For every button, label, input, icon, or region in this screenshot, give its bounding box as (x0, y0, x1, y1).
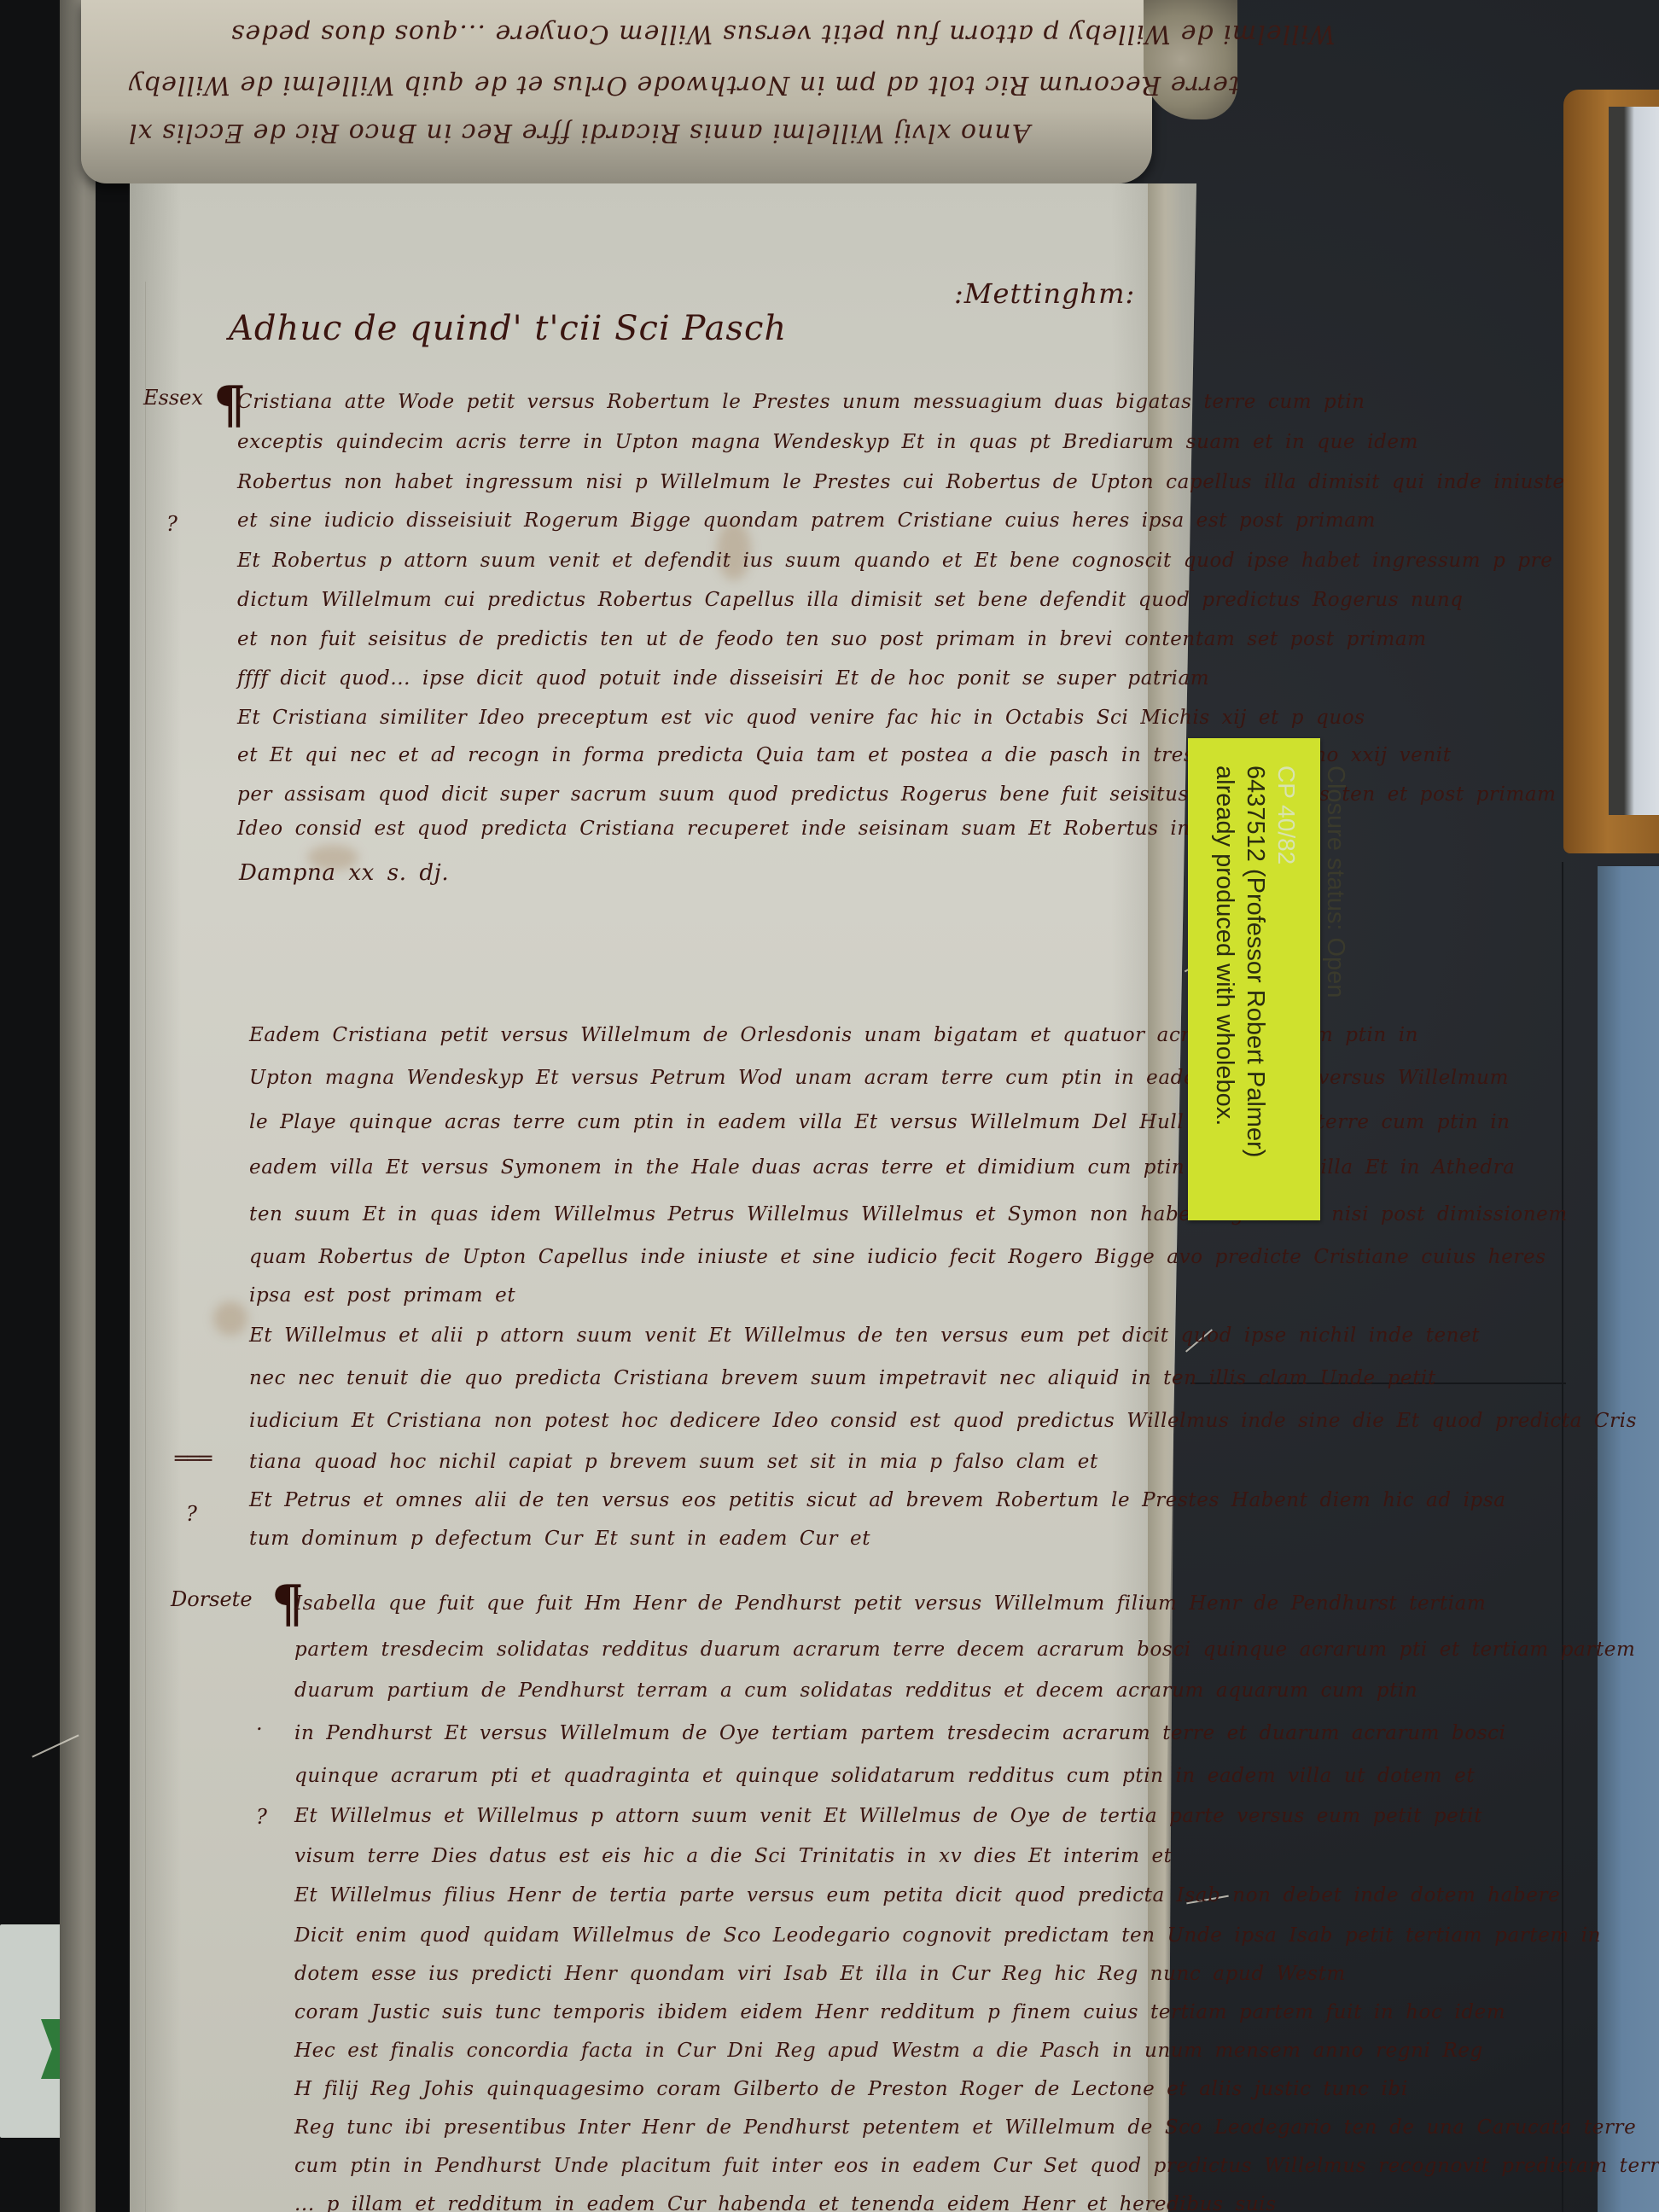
entry-line: Et Willelmus et alii p attorn suum venit… (249, 1324, 1480, 1347)
entry-line: dictum Willelmum cui predictus Robertus … (237, 589, 1464, 611)
entry-line: eadem villa Et versus Symonem in the Hal… (249, 1156, 1516, 1179)
margin-mark: ? (186, 1502, 197, 1526)
stain (213, 1301, 247, 1336)
label-order-number: 6437512 (Professor Robert Palmer) (1240, 765, 1271, 1220)
margin-county: Dorsete (171, 1587, 253, 1611)
felt-seam (1562, 862, 1563, 2212)
entry-line: Et Willelmus et Willelmus p attorn suum … (294, 1805, 1482, 1827)
entry-line: ten suum Et in quas idem Willelmus Petru… (249, 1203, 1568, 1225)
entry-line: et sine iudicio disseisiuit Rogerum Bigg… (237, 509, 1376, 532)
entry-line: le Playe quinque acras terre cum ptin in… (249, 1111, 1511, 1133)
rolled-line: Anno xlvij Willelmi annis Ricardi ffre R… (128, 118, 1030, 148)
entry-line: Et Willelmus filius Henr de tertia parte… (294, 1884, 1560, 1906)
ruling-line (145, 282, 146, 2212)
entry-line: Cristiana atte Wode petit versus Robertu… (237, 391, 1365, 413)
entry-line: visum terre Dies datus est eis hic a die… (294, 1845, 1173, 1867)
county-heading: :Mettinghm: (954, 277, 1135, 310)
entry-line: tum dominum p defectum Cur Et sunt in ea… (249, 1528, 870, 1550)
entry-line: exceptis quindecim acris terre in Upton … (237, 431, 1418, 453)
entry-line: duarum partium de Pendhurst terram a cum… (294, 1679, 1417, 1702)
margin-county: Essex (143, 386, 203, 410)
entry-line: iudicium Et Cristiana non potest hoc ded… (249, 1410, 1637, 1432)
label-closure-status: Closure status: Open (1320, 765, 1351, 998)
margin-mark: ═══ (175, 1447, 212, 1470)
margin-mark: ? (166, 512, 178, 536)
entry-line: Hec est finalis concordia facta in Cur D… (294, 2040, 1483, 2062)
entry-line: ffff dicit quod... ipse dicit quod potui… (237, 667, 1209, 690)
entry-line: ... p illam et redditum in eadem Cur hab… (294, 2193, 1277, 2212)
rolled-line: Willelmi de Willeby p attorn fuu petit v… (230, 19, 1336, 49)
roll-tie-cord (1144, 0, 1237, 119)
entry-line: quinque acrarum pti et quadraginta et qu… (294, 1765, 1475, 1787)
entry-line: in Pendhurst Et versus Willelmum de Oye … (294, 1722, 1506, 1744)
margin-mark: ? (256, 1805, 267, 1829)
frame-panel (1609, 107, 1659, 815)
damages-note: Dampna xx s. dj. (239, 860, 449, 886)
archive-label-text: Closure status: Open CP 40/82 6437512 (P… (1188, 738, 1320, 1220)
entry-line: Et Petrus et omnes alii de ten versus eo… (249, 1489, 1506, 1511)
entry-line: Et Robertus p attorn suum venit et defen… (237, 550, 1552, 572)
entry-line: H filij Reg Johis quinquagesimo coram Gi… (294, 2078, 1408, 2100)
entry-line: per assisam quod dicit super sacrum suum… (237, 783, 1557, 806)
label-reference: CP 40/82 (1271, 765, 1301, 1220)
entry-line: Et Cristiana similiter Ideo preceptum es… (237, 707, 1365, 729)
entry-line: nec nec tenuit die quo predicta Cristian… (249, 1367, 1436, 1389)
entry-line: Dicit enim quod quidam Willelmus de Sco … (294, 1924, 1601, 1947)
entry-line: cum ptin in Pendhurst Unde placitum fuit… (294, 2155, 1659, 2177)
margin-mark: . (256, 1711, 263, 1735)
entry-line: ipsa est post primam et (249, 1284, 515, 1307)
membrane-heading: Adhuc de quind' t'cii Sci Pasch (229, 309, 787, 348)
entry-line: Isabella que fuit que fuit Hm Henr de Pe… (294, 1592, 1486, 1615)
entry-line: tiana quoad hoc nichil capiat p brevem s… (249, 1451, 1098, 1473)
entry-line: Reg tunc ibi presentibus Inter Henr de P… (294, 2116, 1636, 2139)
entry-line: et non fuit seisitus de predictis ten ut… (237, 628, 1427, 650)
entry-line: Ideo consid est quod predicta Cristiana … (237, 818, 1240, 840)
entry-line: coram Justic suis tunc temporis ibidem e… (294, 2001, 1505, 2023)
blue-board (1598, 866, 1659, 2212)
entry-line: partem tresdecim solidatas redditus duar… (294, 1639, 1635, 1661)
entry-line: dotem esse ius predicti Henr quondam vir… (294, 1963, 1346, 1985)
rolled-line: terre Recorum Ric tolt ad pm in Northwod… (128, 70, 1239, 100)
archive-label: Closure status: Open CP 40/82 6437512 (P… (1188, 738, 1320, 1220)
label-note: already produced with wholebox. (1209, 765, 1240, 1220)
entry-line: quam Robertus de Upton Capellus inde ini… (249, 1246, 1546, 1268)
entry-line: Robertus non habet ingressum nisi p Will… (237, 471, 1565, 493)
